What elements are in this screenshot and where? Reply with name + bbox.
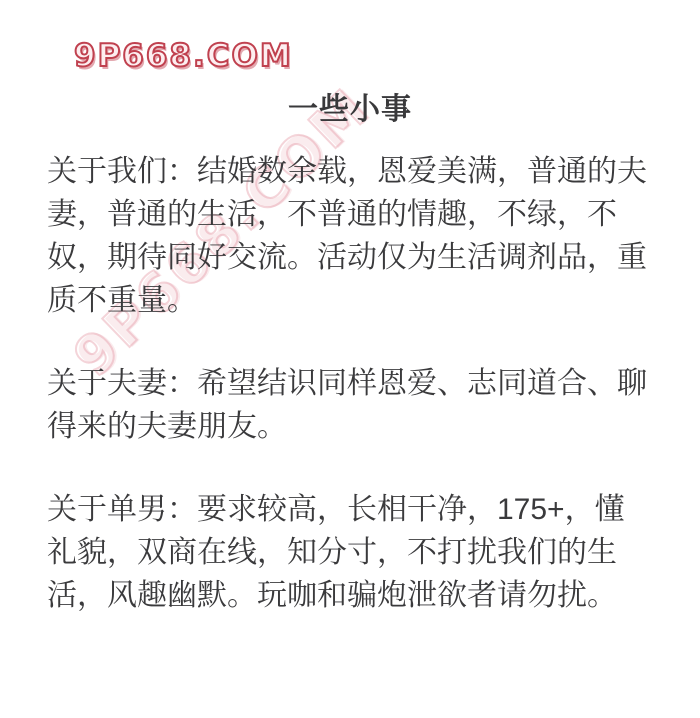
paragraph-about-single-male: 关于单男：要求较高，长相干净，175+，懂礼貌，双商在线，知分寸，不打扰我们的生… xyxy=(47,488,654,617)
post-title: 一些小事 xyxy=(0,84,700,128)
paragraph-about-us: 关于我们：结婚数余载，恩爱美满，普通的夫妻，普通的生活，不普通的情趣，不绿，不奴… xyxy=(47,150,654,322)
post-image: 9P668.COM 9P668.COM 一些小事 关于我们：结婚数余载，恩爱美满… xyxy=(0,0,700,718)
site-logo-watermark: 9P668.COM xyxy=(74,38,293,74)
paragraph-about-couple: 关于夫妻：希望结识同样恩爱、志同道合、聊得来的夫妻朋友。 xyxy=(47,362,654,448)
post-body: 关于我们：结婚数余载，恩爱美满，普通的夫妻，普通的生活，不普通的情趣，不绿，不奴… xyxy=(47,150,654,617)
